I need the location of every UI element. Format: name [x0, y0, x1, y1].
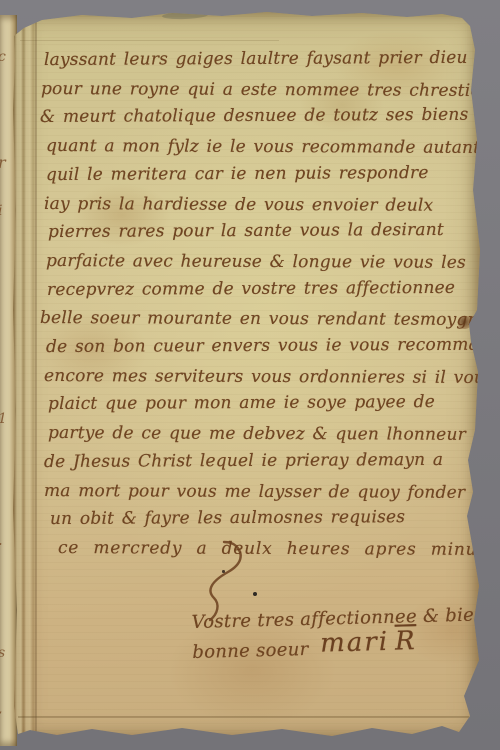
- manuscript-scan: c r i 1 . s , layssant leurs gaiges laul…: [0, 0, 500, 750]
- letter-closing: Vostre tres affectionnee & bien bonne so…: [191, 600, 482, 668]
- manuscript-line: plaict que pour mon ame ie soye payee de: [48, 388, 482, 419]
- bleed-through-mark: .: [0, 531, 3, 549]
- signature-royal-r: R: [389, 626, 417, 657]
- manuscript-line: parfaicte avec heureuse & longue vie vou…: [46, 247, 482, 278]
- signature: mariR: [320, 626, 417, 659]
- paper-speck: [253, 592, 257, 596]
- manuscript-line: quil le meritera car ie nen puis respond…: [46, 159, 482, 190]
- manuscript-line: & meurt chatolique desnuee de toutz ses …: [40, 101, 482, 132]
- bleed-through-mark: r: [0, 153, 6, 172]
- manuscript-line: recepvrez comme de vostre tres affection…: [47, 273, 482, 304]
- signature-name: mari: [320, 627, 390, 659]
- horizontal-crease-bottom: [18, 716, 469, 718]
- ink-smudge: [162, 11, 208, 20]
- horizontal-crease-top: [20, 40, 279, 41]
- letter-body: layssant leurs gaiges laultre faysant pr…: [12, 46, 482, 563]
- bleed-through-mark: ,: [0, 701, 2, 717]
- manuscript-line: pierres rares pour la sante vous la desi…: [48, 216, 482, 247]
- bleed-through-mark: s: [0, 645, 5, 661]
- paper-speck: [222, 570, 225, 573]
- bleed-through-mark: 1: [0, 411, 7, 427]
- manuscript-line: de son bon cueur envers vous ie vous rec…: [46, 331, 482, 362]
- ink-blot: [458, 316, 472, 329]
- bleed-through-mark: i: [0, 203, 2, 219]
- manuscript-page: layssant leurs gaiges laultre faysant pr…: [12, 10, 482, 745]
- manuscript-line: un obit & fayre les aulmosnes requises: [50, 503, 482, 534]
- bleed-through-mark: c: [0, 49, 6, 65]
- manuscript-line: ce mercredy a deulx heures apres minuict: [58, 534, 482, 565]
- manuscript-line: layssant leurs gaiges laultre faysant pr…: [44, 44, 482, 75]
- manuscript-line: de Jhesus Christ lequel ie prieray demay…: [44, 446, 482, 477]
